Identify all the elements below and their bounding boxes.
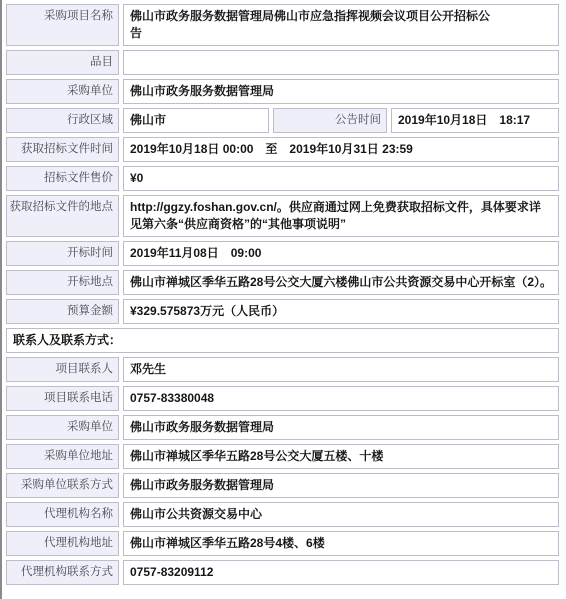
announcement-table: 采购项目名称 佛山市政务服务数据管理局佛山市应急指挥视频会议项目公开招标公告 品… bbox=[2, 0, 563, 589]
contacts-section-header: 联系人及联系方式： bbox=[6, 328, 559, 353]
label-budget-amount: 预算金额 bbox=[6, 299, 119, 324]
row-project-phone: 项目联系电话 0757-83380048 bbox=[6, 386, 559, 411]
label-project-name: 采购项目名称 bbox=[6, 4, 119, 46]
value-bid-open-time: 2019年11月08日 09:00 bbox=[123, 241, 559, 266]
row-project-name: 采购项目名称 佛山市政务服务数据管理局佛山市应急指挥视频会议项目公开招标公告 bbox=[6, 4, 559, 46]
label-announce-time: 公告时间 bbox=[273, 108, 387, 133]
row-agency-name: 代理机构名称 佛山市公共资源交易中心 bbox=[6, 502, 559, 527]
value-project-phone: 0757-83380048 bbox=[123, 386, 559, 411]
label-project-contact: 项目联系人 bbox=[6, 357, 119, 382]
project-name-text: 佛山市政务服务数据管理局佛山市应急指挥视频会议项目公开招标公告 bbox=[130, 8, 494, 42]
label-agency-address: 代理机构地址 bbox=[6, 531, 119, 556]
value-announce-time: 2019年10月18日 18:17 bbox=[391, 108, 559, 133]
row-bid-open-place: 开标地点 佛山市禅城区季华五路28号公交大厦六楼佛山市公共资源交易中心开标室（2… bbox=[6, 270, 559, 295]
label-agency-name: 代理机构名称 bbox=[6, 502, 119, 527]
value-purchaser-contact-method: 佛山市政务服务数据管理局 bbox=[123, 473, 559, 498]
value-agency-name: 佛山市公共资源交易中心 bbox=[123, 502, 559, 527]
row-contacts-section: 联系人及联系方式： bbox=[6, 328, 559, 353]
label-doc-obtain-time: 获取招标文件时间 bbox=[6, 137, 119, 162]
row-purchaser: 采购单位 佛山市政务服务数据管理局 bbox=[6, 79, 559, 104]
label-bid-open-time: 开标时间 bbox=[6, 241, 119, 266]
value-doc-price: ¥0 bbox=[123, 166, 559, 191]
row-region-and-announce-time: 行政区域 佛山市 公告时间 2019年10月18日 18:17 bbox=[6, 108, 559, 133]
label-doc-obtain-place: 获取招标文件的地点 bbox=[6, 195, 119, 237]
label-bid-open-place: 开标地点 bbox=[6, 270, 119, 295]
label-purchaser-contact-method: 采购单位联系方式 bbox=[6, 473, 119, 498]
label-doc-price: 招标文件售价 bbox=[6, 166, 119, 191]
value-category bbox=[123, 50, 559, 75]
label-admin-region: 行政区域 bbox=[6, 108, 119, 133]
row-bid-open-time: 开标时间 2019年11月08日 09:00 bbox=[6, 241, 559, 266]
label-purchaser-2: 采购单位 bbox=[6, 415, 119, 440]
value-purchaser: 佛山市政务服务数据管理局 bbox=[123, 79, 559, 104]
row-agency-contact-method: 代理机构联系方式 0757-83209112 bbox=[6, 560, 559, 585]
value-project-name: 佛山市政务服务数据管理局佛山市应急指挥视频会议项目公开招标公告 bbox=[123, 4, 559, 46]
announcement-page: 采购项目名称 佛山市政务服务数据管理局佛山市应急指挥视频会议项目公开招标公告 品… bbox=[0, 0, 566, 599]
row-budget-amount: 预算金额 ¥329.575873万元（人民币） bbox=[6, 299, 559, 324]
row-category: 品目 bbox=[6, 50, 559, 75]
row-doc-obtain-time: 获取招标文件时间 2019年10月18日 00:00 至 2019年10月31日… bbox=[6, 137, 559, 162]
value-agency-address: 佛山市禅城区季华五路28号4楼、6楼 bbox=[123, 531, 559, 556]
row-purchaser-address: 采购单位地址 佛山市禅城区季华五路28号公交大厦五楼、十楼 bbox=[6, 444, 559, 469]
value-doc-obtain-time: 2019年10月18日 00:00 至 2019年10月31日 23:59 bbox=[123, 137, 559, 162]
row-agency-address: 代理机构地址 佛山市禅城区季华五路28号4楼、6楼 bbox=[6, 531, 559, 556]
value-project-contact: 邓先生 bbox=[123, 357, 559, 382]
value-bid-open-place: 佛山市禅城区季华五路28号公交大厦六楼佛山市公共资源交易中心开标室（2）。 bbox=[123, 270, 559, 295]
value-doc-obtain-place: http://ggzy.foshan.gov.cn/。供应商通过网上免费获取招标… bbox=[123, 195, 559, 237]
label-project-phone: 项目联系电话 bbox=[6, 386, 119, 411]
row-project-contact: 项目联系人 邓先生 bbox=[6, 357, 559, 382]
label-purchaser-address: 采购单位地址 bbox=[6, 444, 119, 469]
row-doc-obtain-place: 获取招标文件的地点 http://ggzy.foshan.gov.cn/。供应商… bbox=[6, 195, 559, 237]
label-category: 品目 bbox=[6, 50, 119, 75]
row-purchaser-2: 采购单位 佛山市政务服务数据管理局 bbox=[6, 415, 559, 440]
value-agency-contact-method: 0757-83209112 bbox=[123, 560, 559, 585]
row-purchaser-contact-method: 采购单位联系方式 佛山市政务服务数据管理局 bbox=[6, 473, 559, 498]
value-purchaser-2: 佛山市政务服务数据管理局 bbox=[123, 415, 559, 440]
value-admin-region: 佛山市 bbox=[123, 108, 269, 133]
label-agency-contact-method: 代理机构联系方式 bbox=[6, 560, 119, 585]
label-purchaser: 采购单位 bbox=[6, 79, 119, 104]
value-budget-amount: ¥329.575873万元（人民币） bbox=[123, 299, 559, 324]
value-purchaser-address: 佛山市禅城区季华五路28号公交大厦五楼、十楼 bbox=[123, 444, 559, 469]
row-doc-price: 招标文件售价 ¥0 bbox=[6, 166, 559, 191]
